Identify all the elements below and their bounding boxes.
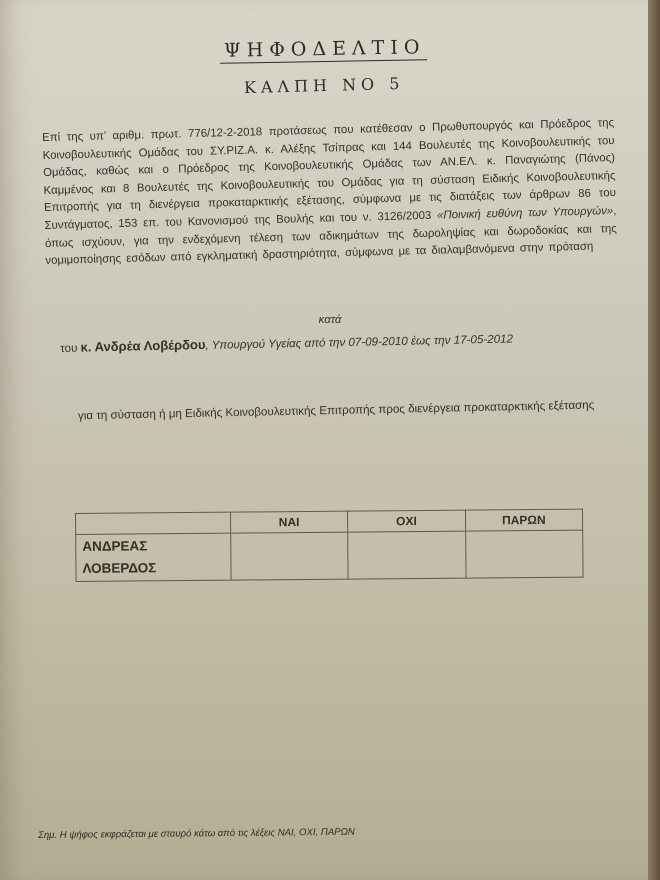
against-label: κατά — [0, 314, 660, 326]
vote-cell-present[interactable] — [465, 530, 583, 578]
header-yes: ΝΑΙ — [230, 511, 348, 533]
paper-edge-background — [648, 0, 660, 880]
ballot-paper: ΨΗΦΟΔΕΛΤΙΟ ΚΑΛΠΗ ΝΟ 5 Επί της υπ’ αριθμ.… — [0, 0, 648, 880]
candidate-first-name: ΑΝΔΡΕΑΣ — [82, 535, 230, 558]
candidate-name: ΑΝΔΡΕΑΣ ΛΟΒΕΡΔΟΣ — [76, 533, 231, 581]
candidate-last-name: ΛΟΒΕΡΔΟΣ — [82, 557, 230, 580]
voting-note: Σημ. Η ψήφος εκφράζεται με σταυρό κάτω α… — [38, 827, 355, 841]
proposal-paragraph: Επί της υπ’ αριθμ. πρωτ. 776/12-2-2018 π… — [42, 115, 617, 271]
accused-line: του κ. Ανδρέα Λοβέρδου, Υπουργού Υγείας … — [60, 328, 640, 355]
table-row: ΑΝΔΡΕΑΣ ΛΟΒΕΡΔΟΣ — [76, 530, 583, 581]
header-present: ΠΑΡΩΝ — [465, 509, 583, 531]
ballot-title: ΨΗΦΟΔΕΛΤΙΟ — [0, 38, 648, 62]
law-title: «Ποινική ευθύνη των Υπουργών» — [437, 205, 613, 222]
vote-table: ΝΑΙ ΟΧΙ ΠΑΡΩΝ ΑΝΔΡΕΑΣ ΛΟΒΕΡΔΟΣ — [75, 509, 584, 582]
vote-cell-yes[interactable] — [231, 532, 349, 580]
header-no: ΟΧΙ — [348, 510, 466, 532]
vote-cell-no[interactable] — [348, 531, 466, 579]
accused-prefix: του — [60, 342, 81, 355]
accused-name: κ. Ανδρέα Λοβέρδου — [80, 337, 205, 355]
accused-role: , Υπουργού Υγείας από την 07-09-2010 έως… — [205, 333, 513, 352]
ballot-box-number: ΚΑΛΠΗ ΝΟ 5 — [0, 76, 648, 95]
header-blank — [76, 512, 231, 534]
vote-purpose: για τη σύσταση ή μη Ειδικής Κοινοβουλευτ… — [46, 396, 626, 426]
